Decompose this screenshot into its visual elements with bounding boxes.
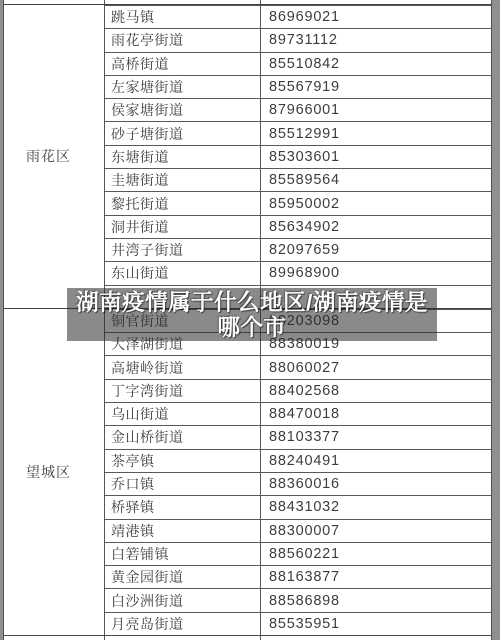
- district-section-yuhua: 雨花区 跳马镇 86969021 雨花亭街道 89731112 高桥街道: [4, 4, 491, 308]
- street-rows: 铜官街道 88203098 大泽湖街道 88380019 高塘岭街道 88060…: [105, 309, 491, 635]
- table-row: 东山街道 89968900: [105, 261, 491, 284]
- phone-number-cell: 88586898: [261, 589, 491, 611]
- street-name-cell: 黄金园街道: [105, 566, 261, 588]
- street-name-cell: 圭塘街道: [105, 169, 261, 191]
- table-row: 东塘街道 85303601: [105, 145, 491, 168]
- phone-number-cell: 88300007: [261, 520, 491, 542]
- phone-number-cell: 88470018: [261, 403, 491, 425]
- street-name-cell: 黎托街道: [105, 192, 261, 214]
- table-row: 跳马镇 86969021: [105, 5, 491, 28]
- street-name-cell: 桥驿镇: [105, 496, 261, 518]
- table-row: 丁字湾街道 88402568: [105, 379, 491, 402]
- phone-number-cell: 88060027: [261, 356, 491, 378]
- street-name-cell: 白沙洲街道: [105, 589, 261, 611]
- partial-street-cell: [105, 636, 261, 640]
- district-label: 望城区: [26, 462, 71, 482]
- street-name-cell: 乔口镇: [105, 473, 261, 495]
- partial-district-cell: [4, 636, 105, 640]
- table-row: 圭塘街道 85589564: [105, 168, 491, 191]
- phone-number-cell: 85510842: [261, 53, 491, 75]
- table-row: 桥驿镇 88431032: [105, 495, 491, 518]
- phone-number-cell: 89968900: [261, 262, 491, 284]
- district-section-wangcheng: 望城区 铜官街道 88203098 大泽湖街道 88380019 高塘岭街: [4, 308, 491, 635]
- table-row: 雨花亭街道 89731112: [105, 28, 491, 51]
- phone-number-cell: 85634902: [261, 216, 491, 238]
- street-name-cell: 洞井街道: [105, 216, 261, 238]
- partial-district-cell: [4, 0, 105, 4]
- phone-number-cell: 88360016: [261, 473, 491, 495]
- phone-number-cell: 88402568: [261, 380, 491, 402]
- street-name-cell: 井湾子街道: [105, 239, 261, 261]
- street-rows: 跳马镇 86969021 雨花亭街道 89731112 高桥街道 8551084…: [105, 5, 491, 308]
- table-row: 乌山街道 88470018: [105, 402, 491, 425]
- table-row: 白沙洲街道 88586898: [105, 588, 491, 611]
- partial-street-cell: [105, 0, 261, 4]
- table-row: 月亮岛街道 85535951: [105, 612, 491, 635]
- street-name-cell: 跳马镇: [105, 6, 261, 28]
- table-row: 茶亭镇 88240491: [105, 449, 491, 472]
- street-name-cell: 乌山街道: [105, 403, 261, 425]
- table-row: 金山桥街道 88103377: [105, 425, 491, 448]
- table-row: 左家塘街道 85567919: [105, 75, 491, 98]
- title-overlay-line1: 湖南疫情属于什么地区/湖南疫情是: [76, 290, 428, 315]
- table-row: 高桥街道 85510842: [105, 52, 491, 75]
- phone-number-cell: 87966001: [261, 99, 491, 121]
- street-name-cell: 东塘街道: [105, 146, 261, 168]
- phone-number-cell: 88103377: [261, 426, 491, 448]
- table-row: 白箬铺镇 88560221: [105, 542, 491, 565]
- phone-number-cell: 88240491: [261, 450, 491, 472]
- district-cell: 雨花区: [4, 5, 105, 308]
- phone-number-cell: 89731112: [261, 29, 491, 51]
- phone-number-cell: 85567919: [261, 76, 491, 98]
- street-name-cell: 金山桥街道: [105, 426, 261, 448]
- page: 雨花区 跳马镇 86969021 雨花亭街道 89731112 高桥街道: [0, 0, 500, 640]
- phone-number-cell: 88163877: [261, 566, 491, 588]
- street-name-cell: 砂子塘街道: [105, 122, 261, 144]
- table-row: 侯家塘街道 87966001: [105, 98, 491, 121]
- street-name-cell: 左家塘街道: [105, 76, 261, 98]
- table-row: 黄金园街道 88163877: [105, 565, 491, 588]
- phone-number-cell: 88560221: [261, 543, 491, 565]
- title-overlay: 湖南疫情属于什么地区/湖南疫情是 哪个市: [67, 288, 437, 341]
- table-row: 洞井街道 85634902: [105, 215, 491, 238]
- street-name-cell: 高桥街道: [105, 53, 261, 75]
- phone-number-cell: 88431032: [261, 496, 491, 518]
- table-row: 砂子塘街道 85512991: [105, 121, 491, 144]
- district-cell: 望城区: [4, 309, 105, 635]
- phone-number-cell: 85589564: [261, 169, 491, 191]
- street-name-cell: 雨花亭街道: [105, 29, 261, 51]
- phone-number-cell: 86969021: [261, 6, 491, 28]
- street-name-cell: 丁字湾街道: [105, 380, 261, 402]
- district-label: 雨花区: [26, 146, 71, 166]
- table-row: 高塘岭街道 88060027: [105, 355, 491, 378]
- street-name-cell: 月亮岛街道: [105, 613, 261, 635]
- table-row: 黎托街道 85950002: [105, 191, 491, 214]
- table-row: 井湾子街道 82097659: [105, 238, 491, 261]
- phone-number-cell: 85512991: [261, 122, 491, 144]
- table-row: 乔口镇 88360016: [105, 472, 491, 495]
- title-overlay-line2: 哪个市: [217, 315, 286, 340]
- phone-number-cell: 82097659: [261, 239, 491, 261]
- phone-number-cell: 85950002: [261, 192, 491, 214]
- table-partial-row-top: [4, 0, 491, 4]
- street-name-cell: 靖港镇: [105, 520, 261, 542]
- table-partial-row-bottom: [4, 635, 491, 640]
- street-name-cell: 东山街道: [105, 262, 261, 284]
- phone-number-cell: 85535951: [261, 613, 491, 635]
- street-name-cell: 高塘岭街道: [105, 356, 261, 378]
- street-name-cell: 白箬铺镇: [105, 543, 261, 565]
- phone-number-cell: 85303601: [261, 146, 491, 168]
- partial-number-cell: [261, 0, 491, 4]
- street-name-cell: 侯家塘街道: [105, 99, 261, 121]
- table-row: 靖港镇 88300007: [105, 519, 491, 542]
- partial-number-cell: [261, 636, 491, 640]
- street-name-cell: 茶亭镇: [105, 450, 261, 472]
